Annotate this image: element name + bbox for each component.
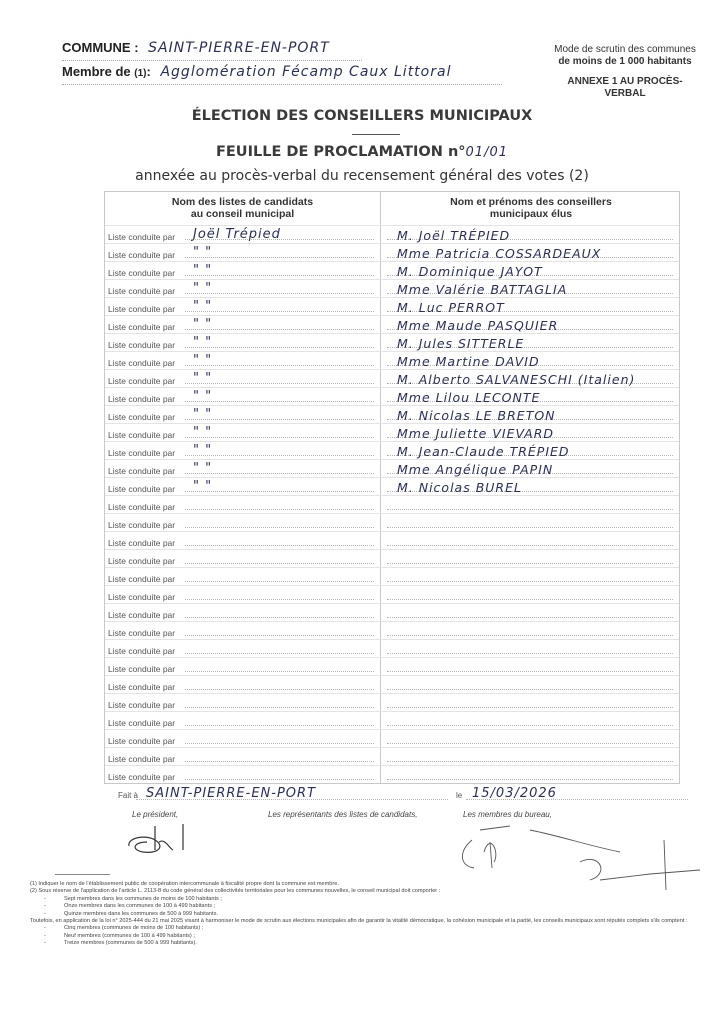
elected-councillor: M. Alberto SALVANESCHI (Italien) bbox=[397, 372, 635, 387]
elected-councillor: M. Nicolas LE BRETON bbox=[397, 408, 556, 423]
row-label: Liste conduite par bbox=[108, 520, 175, 530]
lead-dotted-line bbox=[185, 779, 374, 780]
list-leader: " " bbox=[193, 317, 212, 332]
footnote-1: (1) Indiquer le nom de l'établissement p… bbox=[30, 881, 710, 888]
president-signature-icon bbox=[125, 818, 195, 858]
row-label: Liste conduite par bbox=[108, 322, 175, 332]
footnote-item: -Neuf membres (communes de 100 à 499 hab… bbox=[30, 933, 710, 940]
list-leader: " " bbox=[193, 371, 212, 386]
row-label: Liste conduite par bbox=[108, 628, 175, 638]
elu-dotted-line bbox=[387, 617, 673, 618]
table-row: Liste conduite par bbox=[105, 549, 679, 567]
lead-dotted-line bbox=[185, 491, 374, 492]
lead-dotted-line bbox=[185, 419, 374, 420]
footnote-2: (2) Sous réserve de l'application de l'a… bbox=[30, 888, 710, 895]
lead-dotted-line bbox=[185, 293, 374, 294]
elu-dotted-line bbox=[387, 635, 673, 636]
header-listes-line-1: Nom des listes de candidats bbox=[105, 196, 380, 208]
lead-dotted-line bbox=[185, 707, 374, 708]
table-row: Liste conduite par bbox=[105, 711, 679, 729]
table-row: Liste conduite par" "M. Jean-Claude TRÉP… bbox=[105, 441, 679, 459]
elu-dotted-line bbox=[387, 743, 673, 744]
table-row: Liste conduite par bbox=[105, 765, 679, 783]
footnote-toutefois-items: -Cinq membres (communes de moins de 100 … bbox=[30, 925, 710, 947]
lead-dotted-line bbox=[185, 689, 374, 690]
lead-dotted-line bbox=[185, 455, 374, 456]
footnote-item: -Cinq membres (communes de moins de 100 … bbox=[30, 925, 710, 932]
header-elus-line-2: municipaux élus bbox=[381, 208, 681, 220]
mode-line-1: Mode de scrutin des communes bbox=[540, 44, 710, 56]
table-row: Liste conduite par" "Mme Valérie BATTAGL… bbox=[105, 279, 679, 297]
elu-dotted-line bbox=[387, 725, 673, 726]
row-label: Liste conduite par bbox=[108, 232, 175, 242]
elu-dotted-line bbox=[387, 545, 673, 546]
table-row: Liste conduite par bbox=[105, 495, 679, 513]
row-label: Liste conduite par bbox=[108, 340, 175, 350]
row-label: Liste conduite par bbox=[108, 754, 175, 764]
lead-dotted-line bbox=[185, 509, 374, 510]
table-row: Liste conduite par bbox=[105, 603, 679, 621]
table-row: Liste conduite parJoël TrépiedM. Joël TR… bbox=[105, 225, 679, 243]
elu-dotted-line bbox=[387, 527, 673, 528]
table-body: Liste conduite parJoël TrépiedM. Joël TR… bbox=[105, 225, 679, 783]
lead-dotted-line bbox=[185, 617, 374, 618]
list-leader: " " bbox=[193, 299, 212, 314]
feuille-title: FEUILLE DE PROCLAMATION n°01/01 bbox=[0, 144, 724, 160]
fait-value: SAINT-PIERRE-EN-PORT bbox=[146, 786, 316, 801]
table-row: Liste conduite par" "Mme Maude PASQUIER bbox=[105, 315, 679, 333]
footnote-rule bbox=[55, 874, 110, 875]
row-label: Liste conduite par bbox=[108, 736, 175, 746]
lead-dotted-line bbox=[185, 329, 374, 330]
row-label: Liste conduite par bbox=[108, 430, 175, 440]
elected-councillor: M. Dominique JAYOT bbox=[397, 264, 543, 279]
elu-dotted-line bbox=[387, 599, 673, 600]
row-label: Liste conduite par bbox=[108, 718, 175, 728]
table-row: Liste conduite par bbox=[105, 747, 679, 765]
row-label: Liste conduite par bbox=[108, 304, 175, 314]
table-row: Liste conduite par bbox=[105, 513, 679, 531]
feuille-number: 01/01 bbox=[466, 145, 508, 160]
membre-footnote-ref: (1) bbox=[134, 68, 146, 79]
elu-dotted-line bbox=[387, 779, 673, 780]
elected-councillor: Mme Angélique PAPIN bbox=[397, 462, 553, 477]
lead-dotted-line bbox=[185, 653, 374, 654]
table-row: Liste conduite par bbox=[105, 621, 679, 639]
row-label: Liste conduite par bbox=[108, 646, 175, 656]
lead-dotted-line bbox=[185, 365, 374, 366]
annexe-line-1: ANNEXE 1 AU PROCÈS- bbox=[540, 76, 710, 88]
elu-dotted-line bbox=[387, 761, 673, 762]
lead-dotted-line bbox=[185, 599, 374, 600]
proclamation-table: Nom des listes de candidats au conseil m… bbox=[104, 191, 680, 784]
row-label: Liste conduite par bbox=[108, 664, 175, 674]
table-row: Liste conduite par bbox=[105, 531, 679, 549]
elu-dotted-line bbox=[387, 653, 673, 654]
table-row: Liste conduite par" "M. Nicolas LE BRETO… bbox=[105, 405, 679, 423]
elu-dotted-line bbox=[387, 509, 673, 510]
commune-value: SAINT-PIERRE-EN-PORT bbox=[148, 40, 330, 56]
lead-dotted-line bbox=[185, 275, 374, 276]
lead-dotted-line bbox=[185, 545, 374, 546]
lead-dotted-line bbox=[185, 563, 374, 564]
lead-dotted-line bbox=[185, 671, 374, 672]
elu-dotted-line bbox=[387, 563, 673, 564]
annexee-subtitle: annexée au procès-verbal du recensement … bbox=[0, 168, 724, 184]
table-row: Liste conduite par" "M. Nicolas BUREL bbox=[105, 477, 679, 495]
lead-dotted-line bbox=[185, 761, 374, 762]
row-label: Liste conduite par bbox=[108, 268, 175, 278]
elected-councillor: M. Jean-Claude TRÉPIED bbox=[397, 444, 570, 459]
list-leader: " " bbox=[193, 461, 212, 476]
row-label: Liste conduite par bbox=[108, 502, 175, 512]
table-row: Liste conduite par bbox=[105, 657, 679, 675]
lead-dotted-line bbox=[185, 635, 374, 636]
table-row: Liste conduite par" "Mme Angélique PAPIN bbox=[105, 459, 679, 477]
list-leader: " " bbox=[193, 407, 212, 422]
date-label: le bbox=[456, 791, 462, 800]
table-row: Liste conduite par bbox=[105, 729, 679, 747]
header-elus-line-1: Nom et prénoms des conseillers bbox=[381, 196, 681, 208]
footnote-toutefois: Toutefois, en application de la loi n° 2… bbox=[30, 918, 710, 925]
header-listes-line-2: au conseil municipal bbox=[105, 208, 380, 220]
elected-councillor: M. Nicolas BUREL bbox=[397, 480, 522, 495]
elected-councillor: Mme Patricia COSSARDEAUX bbox=[397, 246, 601, 261]
elected-councillor: M. Joël TRÉPIED bbox=[397, 228, 510, 243]
list-leader: " " bbox=[193, 281, 212, 296]
elected-councillor: Mme Maude PASQUIER bbox=[397, 318, 558, 333]
membre-label: Membre de bbox=[62, 64, 131, 79]
elu-dotted-line bbox=[387, 707, 673, 708]
row-label: Liste conduite par bbox=[108, 448, 175, 458]
row-label: Liste conduite par bbox=[108, 700, 175, 710]
row-label: Liste conduite par bbox=[108, 484, 175, 494]
footnote-2-items: -Sept membres dans les communes de moins… bbox=[30, 896, 710, 918]
row-label: Liste conduite par bbox=[108, 376, 175, 386]
lead-dotted-line bbox=[185, 743, 374, 744]
elected-councillor: M. Jules SITTERLE bbox=[397, 336, 524, 351]
elected-councillor: M. Luc PERROT bbox=[397, 300, 505, 315]
lead-dotted-line bbox=[185, 347, 374, 348]
annexe-line-2: VERBAL bbox=[540, 88, 710, 100]
table-row: Liste conduite par bbox=[105, 675, 679, 693]
membre-field: Membre de (1): Agglomération Fécamp Caux… bbox=[62, 64, 502, 85]
table-row: Liste conduite par bbox=[105, 585, 679, 603]
list-leader: Joël Trépied bbox=[193, 227, 281, 242]
list-leader: " " bbox=[193, 425, 212, 440]
row-label: Liste conduite par bbox=[108, 394, 175, 404]
list-leader: " " bbox=[193, 389, 212, 404]
elu-dotted-line bbox=[387, 689, 673, 690]
mode-scrutin-note: Mode de scrutin des communes de moins de… bbox=[540, 44, 710, 68]
mode-line-2: de moins de 1 000 habitants bbox=[540, 56, 710, 68]
list-leader: " " bbox=[193, 245, 212, 260]
bureau-label: Les membres du bureau, bbox=[463, 810, 552, 819]
footnote-item: -Sept membres dans les communes de moins… bbox=[30, 896, 710, 903]
fait-label: Fait à bbox=[118, 791, 138, 800]
lead-dotted-line bbox=[185, 437, 374, 438]
row-label: Liste conduite par bbox=[108, 250, 175, 260]
election-title: ÉLECTION DES CONSEILLERS MUNICIPAUX bbox=[0, 108, 724, 124]
elected-councillor: Mme Juliette VIEVARD bbox=[397, 426, 554, 441]
table-row: Liste conduite par" "Mme Martine DAVID bbox=[105, 351, 679, 369]
fait-a-line: Fait à SAINT-PIERRE-EN-PORT le 15/03/202… bbox=[118, 786, 688, 802]
lead-dotted-line bbox=[185, 257, 374, 258]
annexe-note: ANNEXE 1 AU PROCÈS- VERBAL bbox=[540, 76, 710, 100]
row-label: Liste conduite par bbox=[108, 466, 175, 476]
table-row: Liste conduite par" "Mme Patricia COSSAR… bbox=[105, 243, 679, 261]
lead-dotted-line bbox=[185, 401, 374, 402]
table-row: Liste conduite par" "M. Jules SITTERLE bbox=[105, 333, 679, 351]
list-leader: " " bbox=[193, 353, 212, 368]
feuille-label: FEUILLE DE PROCLAMATION n° bbox=[216, 144, 466, 160]
row-label: Liste conduite par bbox=[108, 592, 175, 602]
elu-dotted-line bbox=[387, 581, 673, 582]
row-label: Liste conduite par bbox=[108, 358, 175, 368]
row-label: Liste conduite par bbox=[108, 412, 175, 422]
elected-councillor: Mme Lilou LECONTE bbox=[397, 390, 540, 405]
header-elus: Nom et prénoms des conseillers municipau… bbox=[381, 192, 681, 224]
row-label: Liste conduite par bbox=[108, 682, 175, 692]
date-value: 15/03/2026 bbox=[472, 786, 557, 801]
footnote-item: -Treize membres (communes de 500 à 999 h… bbox=[30, 940, 710, 947]
header-listes: Nom des listes de candidats au conseil m… bbox=[105, 192, 380, 224]
membre-value: Agglomération Fécamp Caux Littoral bbox=[160, 64, 451, 80]
footnote-item: -Quinze membres dans les communes de 500… bbox=[30, 911, 710, 918]
table-row: Liste conduite par" "M. Dominique JAYOT bbox=[105, 261, 679, 279]
list-leader: " " bbox=[193, 335, 212, 350]
table-row: Liste conduite par bbox=[105, 693, 679, 711]
list-leader: " " bbox=[193, 263, 212, 278]
table-row: Liste conduite par bbox=[105, 639, 679, 657]
footnotes: (1) Indiquer le nom de l'établissement p… bbox=[30, 881, 710, 948]
representants-label: Les représentants des listes de candidat… bbox=[268, 810, 417, 819]
lead-dotted-line bbox=[185, 383, 374, 384]
row-label: Liste conduite par bbox=[108, 574, 175, 584]
row-label: Liste conduite par bbox=[108, 286, 175, 296]
commune-label: COMMUNE : bbox=[62, 40, 139, 55]
table-row: Liste conduite par" "Mme Juliette VIEVAR… bbox=[105, 423, 679, 441]
elu-dotted-line bbox=[387, 671, 673, 672]
lead-dotted-line bbox=[185, 311, 374, 312]
table-row: Liste conduite par" "M. Luc PERROT bbox=[105, 297, 679, 315]
elected-councillor: Mme Martine DAVID bbox=[397, 354, 540, 369]
table-row: Liste conduite par" "M. Alberto SALVANES… bbox=[105, 369, 679, 387]
row-label: Liste conduite par bbox=[108, 772, 175, 782]
lead-dotted-line bbox=[185, 473, 374, 474]
table-row: Liste conduite par bbox=[105, 567, 679, 585]
lead-dotted-line bbox=[185, 527, 374, 528]
list-leader: " " bbox=[193, 443, 212, 458]
footnote-item: -Onze membres dans les communes de 100 à… bbox=[30, 903, 710, 910]
lead-dotted-line bbox=[185, 581, 374, 582]
row-label: Liste conduite par bbox=[108, 538, 175, 548]
list-leader: " " bbox=[193, 479, 212, 494]
elected-councillor: Mme Valérie BATTAGLIA bbox=[397, 282, 567, 297]
lead-dotted-line bbox=[185, 725, 374, 726]
title-divider bbox=[352, 134, 400, 135]
row-label: Liste conduite par bbox=[108, 610, 175, 620]
commune-field: COMMUNE : SAINT-PIERRE-EN-PORT bbox=[62, 40, 362, 61]
row-label: Liste conduite par bbox=[108, 556, 175, 566]
table-row: Liste conduite par" "Mme Lilou LECONTE bbox=[105, 387, 679, 405]
